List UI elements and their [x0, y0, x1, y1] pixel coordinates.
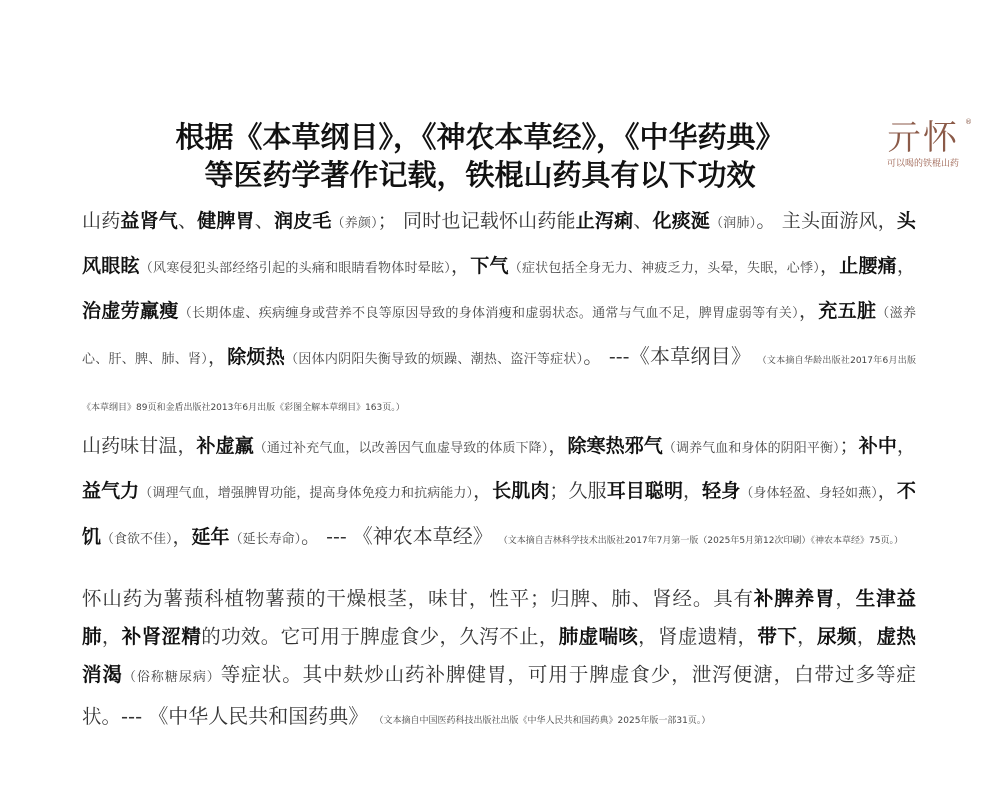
text: 。 主头面游风， [756, 210, 897, 232]
highlight: 益肾气 [120, 210, 178, 232]
text: ， [451, 255, 470, 277]
citation: （文本摘自中国医药科技出版社出版《中华人民共和国药典》2025年版一部31页。） [375, 716, 711, 726]
paragraph-pharmacopoeia: 怀山药为薯蓣科植物薯蓣的干燥根茎，味甘，性平；归脾、肺、肾经。具有补脾养胃，生津… [82, 580, 916, 740]
paragraph-shennong-bencao: 山药味甘温，补虚羸（通过补充气血，以改善因气血虚导致的体质下降），除寒热邪气（调… [82, 425, 916, 563]
highlight: 长肌肉 [492, 480, 549, 502]
text: 山药 [82, 210, 120, 232]
source-title: 《神农本草经》 [353, 524, 493, 548]
text: 、 [633, 210, 652, 232]
highlight: 润皮毛 [274, 210, 332, 232]
text: ，肾虚遗精， [638, 625, 757, 648]
highlight: 延年 [192, 526, 230, 548]
title-line-1: 根据《本草纲目》，《神农本草经》，《中华药典》 [80, 118, 880, 156]
highlight: 止泻痢 [576, 210, 634, 232]
highlight: 补脾养胃 [754, 587, 835, 610]
note: （通过补充气血，以改善因气血虚导致的体质下降） [254, 441, 549, 456]
text: ， [799, 300, 818, 322]
note: （延长寿命） [230, 532, 302, 547]
source-title: 《中华人民共和国药典》 [148, 704, 368, 728]
note: （调养气血和身体的阴阳平衡） [663, 441, 840, 456]
text: ， [857, 625, 877, 648]
note: （养颜） [332, 216, 378, 231]
text: ， [897, 435, 916, 457]
note: （食欲不佳） [101, 532, 173, 547]
note: （症状包括全身无力、神疲乏力，头晕，失眠，心悸） [509, 261, 820, 276]
text: ， [878, 480, 897, 502]
highlight: 肺虚喘咳 [559, 625, 638, 648]
highlight: 下气 [470, 255, 508, 277]
text: 、 [178, 210, 197, 232]
paragraph-bencao-gangmu: 山药益肾气、健脾胃、润皮毛（养颜）； 同时也记载怀山药能止泻痢、化痰涎（润肺）。… [82, 200, 916, 430]
text: ， [683, 480, 702, 502]
highlight: 轻身 [702, 480, 740, 502]
brand-logo: 亓怀 ® 可以喝的铁棍山药 [868, 118, 978, 178]
highlight: 补虚羸 [197, 435, 254, 457]
highlight: 耳目聪明 [607, 480, 683, 502]
text: ， [102, 625, 122, 648]
text: ， [797, 625, 817, 648]
highlight: 补中 [859, 435, 897, 457]
note: （润肺） [710, 216, 756, 231]
text: 、 [255, 210, 274, 232]
title-line-2: 等医药学著作记载，铁棍山药具有以下功效 [80, 156, 880, 194]
text: ；久服 [549, 480, 606, 502]
highlight: 益气力 [82, 480, 139, 502]
note: （长期体虚、疾病缠身或营养不良等原因导致的身体消瘦和虚弱状态。通常与气血不足，脾… [179, 306, 799, 321]
text: ， [208, 346, 227, 368]
highlight: 健脾胃 [197, 210, 255, 232]
registered-mark-icon: ® [965, 118, 972, 126]
highlight: 补肾涩精 [122, 625, 201, 648]
text: ， [820, 255, 839, 277]
highlight: 化痰涎 [653, 210, 711, 232]
text: 。 --- [301, 526, 353, 548]
text: ； [840, 435, 859, 457]
logo-tagline: 可以喝的铁棍山药 [868, 158, 978, 170]
logo-mark: 亓怀 [868, 118, 978, 158]
highlight: 尿频 [817, 625, 857, 648]
source-title: 《本草纲目》 [630, 344, 752, 368]
note: （风寒侵犯头部经络引起的头痛和眼睛看物体时晕眩） [140, 261, 451, 276]
text: ； 同时也记载怀山药能 [378, 210, 576, 232]
text: ， [835, 587, 855, 610]
text: 的功效。它可用于脾虚食少，久泻不止， [201, 625, 559, 648]
note: （调理气血，增强脾胃功能，提高身体免疫力和抗病能力） [139, 486, 473, 501]
note: （因体内阴阳失衡导致的烦躁、潮热、盗汗等症状） [285, 352, 583, 367]
highlight: 带下 [757, 625, 797, 648]
highlight: 治虚劳羸瘦 [82, 300, 179, 322]
highlight: 除寒热邪气 [567, 435, 662, 457]
highlight: 止腰痛 [839, 255, 897, 277]
text: ， [897, 255, 916, 277]
citation: （文本摘自吉林科学技术出版社2017年7月第一版（2025年5月第12次印刷）《… [499, 536, 903, 546]
highlight: 除烦热 [227, 346, 285, 368]
text: ， [173, 526, 192, 548]
highlight: 充五脏 [818, 300, 876, 322]
text: ， [548, 435, 567, 457]
text: 。 --- [583, 346, 629, 368]
note: （身体轻盈、身轻如燕） [740, 486, 877, 501]
text: 怀山药为薯蓣科植物薯蓣的干燥根茎，味甘，性平；归脾、肺、肾经。具有 [82, 587, 754, 610]
page-title: 根据《本草纲目》，《神农本草经》，《中华药典》 等医药学著作记载，铁棍山药具有以… [80, 118, 880, 194]
text: ， [473, 480, 492, 502]
text: 山药味甘温， [82, 435, 197, 457]
note: （俗称糖尿病） [123, 670, 221, 685]
